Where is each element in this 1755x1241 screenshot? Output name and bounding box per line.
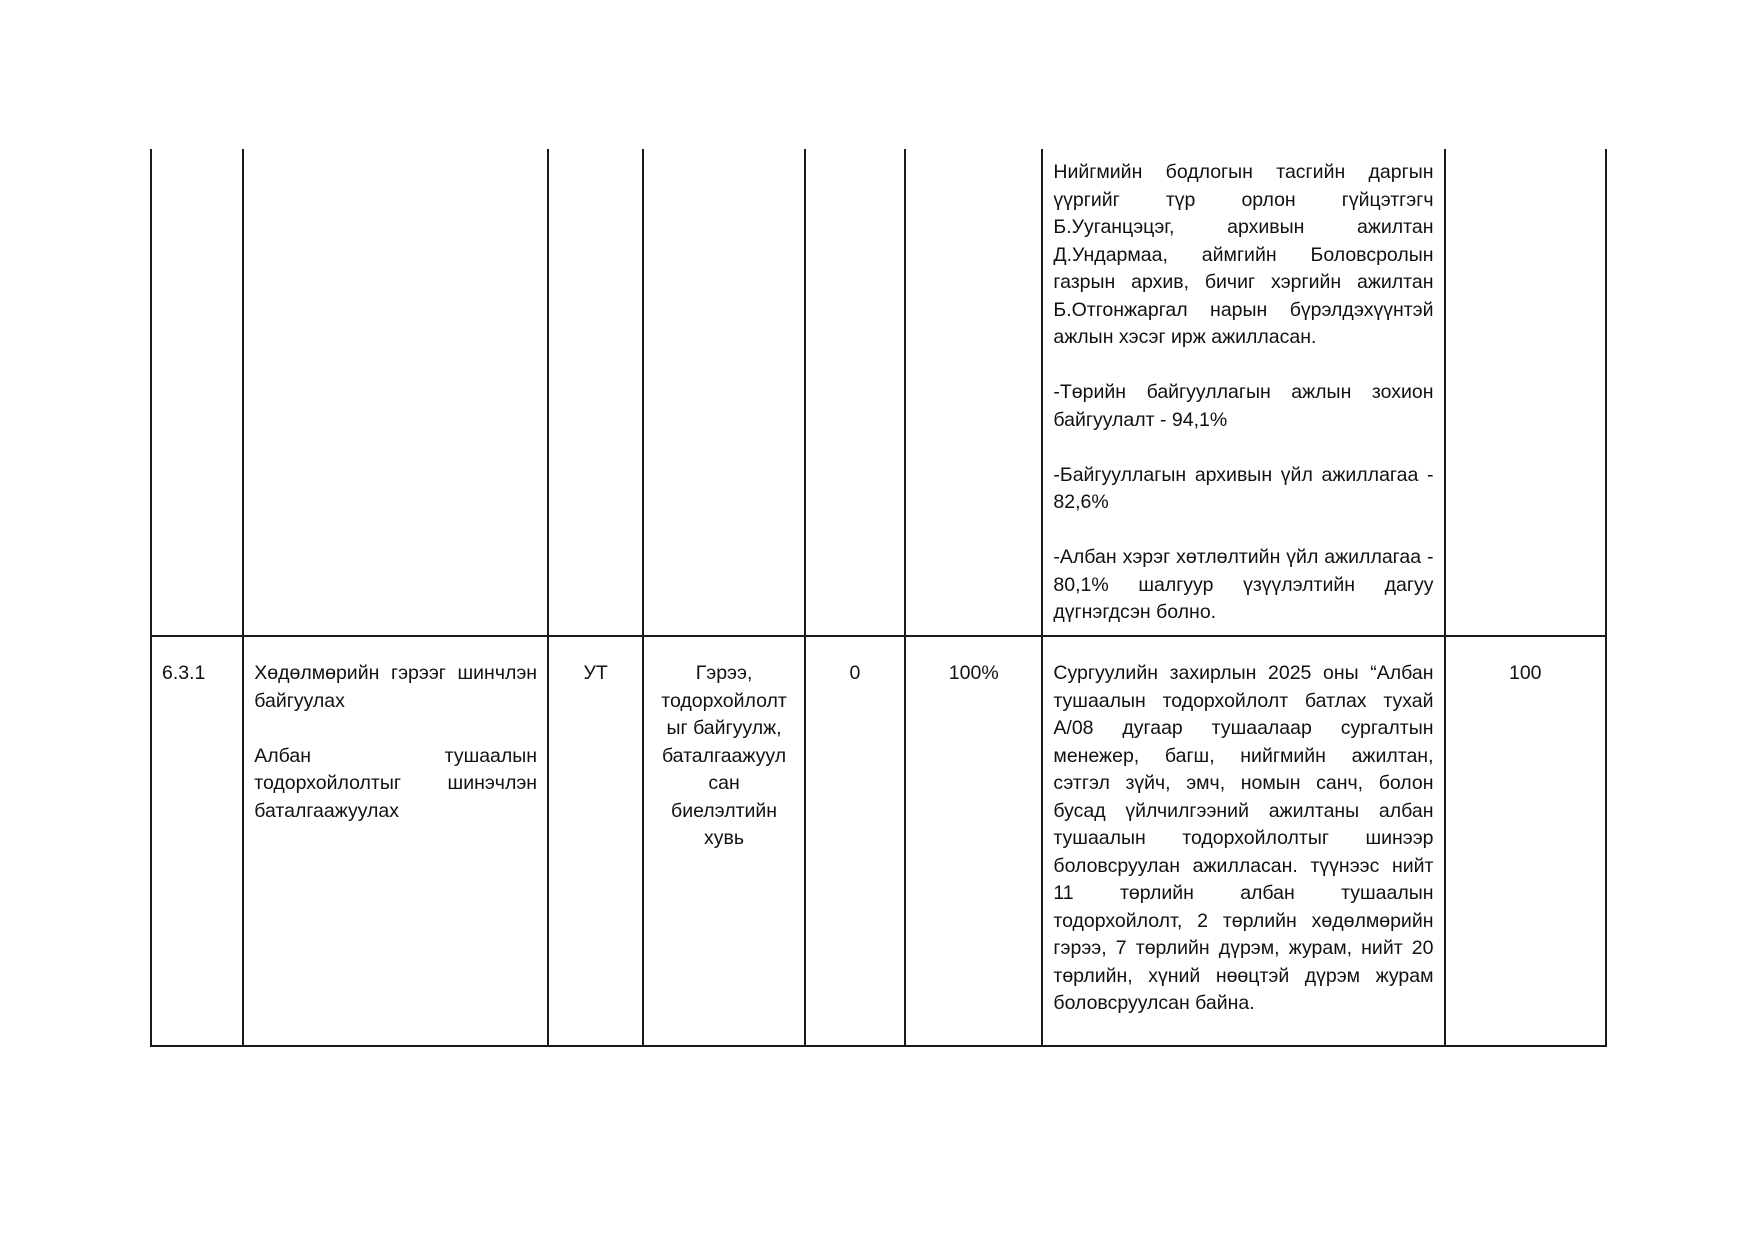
- cell-number: 6.3.1: [151, 636, 243, 1046]
- cell-score: 100: [1445, 636, 1607, 1046]
- performance-paragraph: -Байгууллагын архивын үйл ажиллагаа - 82…: [1053, 462, 1433, 517]
- cell-target: 100%: [905, 636, 1042, 1046]
- cell-task: [243, 149, 548, 636]
- cell-target: [905, 149, 1042, 636]
- cell-baseline: [805, 149, 905, 636]
- table-row-continuation: Нийгмийн бодлогын тасгийн даргын үүргийг…: [151, 149, 1606, 636]
- cell-responsible: УТ: [548, 636, 643, 1046]
- performance-paragraph: -Албан хэрэг хөтлөлтийн үйл ажиллагаа - …: [1053, 544, 1433, 627]
- table-row: 6.3.1 Хөдөлмөрийн гэрээг шинчлэн байгуул…: [151, 636, 1606, 1046]
- cell-baseline: 0: [805, 636, 905, 1046]
- report-table: Нийгмийн бодлогын тасгийн даргын үүргийг…: [150, 149, 1607, 1047]
- cell-score: [1445, 149, 1607, 636]
- cell-responsible: [548, 149, 643, 636]
- task-paragraph: Албан тушаалын тодорхойлолтыг шинэчлэн б…: [254, 743, 537, 826]
- performance-paragraph: -Төрийн байгууллагын ажлын зохион байгуу…: [1053, 379, 1433, 434]
- cell-indicator: Гэрээ, тодорхойлолт ыг байгуулж, баталга…: [643, 636, 804, 1046]
- cell-performance: Сургуулийн захирлын 2025 оны “Албан туша…: [1042, 636, 1444, 1046]
- cell-performance: Нийгмийн бодлогын тасгийн даргын үүргийг…: [1042, 149, 1444, 636]
- task-paragraph: Хөдөлмөрийн гэрээг шинчлэн байгуулах: [254, 660, 537, 715]
- cell-task: Хөдөлмөрийн гэрээг шинчлэн байгуулах Алб…: [243, 636, 548, 1046]
- performance-paragraph: Нийгмийн бодлогын тасгийн даргын үүргийг…: [1053, 159, 1433, 352]
- cell-indicator: [643, 149, 804, 636]
- performance-paragraph: Сургуулийн захирлын 2025 оны “Албан туша…: [1053, 660, 1433, 1018]
- cell-number: [151, 149, 243, 636]
- document-page: Нийгмийн бодлогын тасгийн даргын үүргийг…: [0, 0, 1755, 1241]
